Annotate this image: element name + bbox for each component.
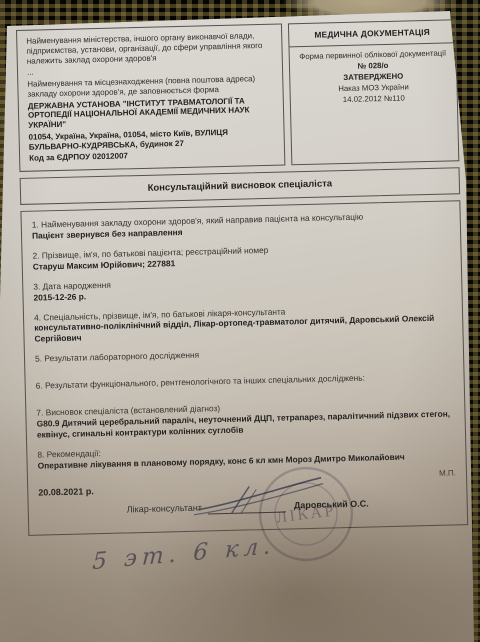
section-2: 2. Прізвище, ім'я, по батькові пацієнта;… bbox=[32, 240, 450, 272]
document-title: Консультаційний висновок спеціаліста bbox=[20, 167, 461, 205]
medical-documentation-box: МЕДИЧНА ДОКУМЕНТАЦІЯ Форма первинної обл… bbox=[288, 19, 459, 165]
section-5-label: 5. Результати лабораторного дослідження bbox=[35, 344, 453, 365]
photo-of-medical-form: { "header": { "left_box": { "line1": "На… bbox=[0, 0, 480, 642]
document-date: 20.08.2021 р. bbox=[38, 486, 94, 499]
consultant-label: Лікар-консультант bbox=[127, 503, 202, 517]
section-5: 5. Результати лабораторного дослідження bbox=[35, 344, 453, 365]
section-6: 6. Результати функціонального, рентгенол… bbox=[36, 371, 454, 392]
section-4: 4. Спеціальність, прізвище, ім'я, по бат… bbox=[34, 302, 453, 345]
issuing-institution-box: Найменування міністерства, іншого органу… bbox=[16, 24, 285, 172]
consultant-name: Даровський О.С. bbox=[294, 499, 369, 513]
form-028o-document: Найменування міністерства, іншого органу… bbox=[16, 19, 468, 536]
institution-name: ДЕРЖАВНА УСТАНОВА "ІНСТИТУТ ТРАВМАТОЛОГІ… bbox=[28, 95, 276, 130]
form-header: Найменування міністерства, іншого органу… bbox=[16, 19, 459, 172]
footer-row: 20.08.2021 р. М.П. bbox=[38, 477, 456, 499]
section-6-label: 6. Результати функціонального, рентгенол… bbox=[36, 371, 454, 392]
form-body: 1. Найменування закладу охорони здоров'я… bbox=[20, 200, 468, 536]
signature-line bbox=[208, 502, 286, 515]
ministry-caption: Найменування міністерства, іншого органу… bbox=[26, 31, 274, 66]
section-3: 3. Дата народження 2015-12-26 р. bbox=[33, 271, 451, 303]
form-approval-block: Форма первинної облікової документації №… bbox=[290, 43, 458, 113]
seal-place-label: М.П. bbox=[439, 468, 456, 479]
section-8: 8. Рекомендації: Оперативне лікування в … bbox=[37, 439, 455, 471]
section-7: 7. Висновок спеціаліста (встановлений ді… bbox=[36, 398, 455, 441]
section-1: 1. Найменування закладу охорони здоров'я… bbox=[32, 209, 450, 241]
signature-row: Лікар-консультант Даровський О.С. bbox=[39, 497, 457, 519]
